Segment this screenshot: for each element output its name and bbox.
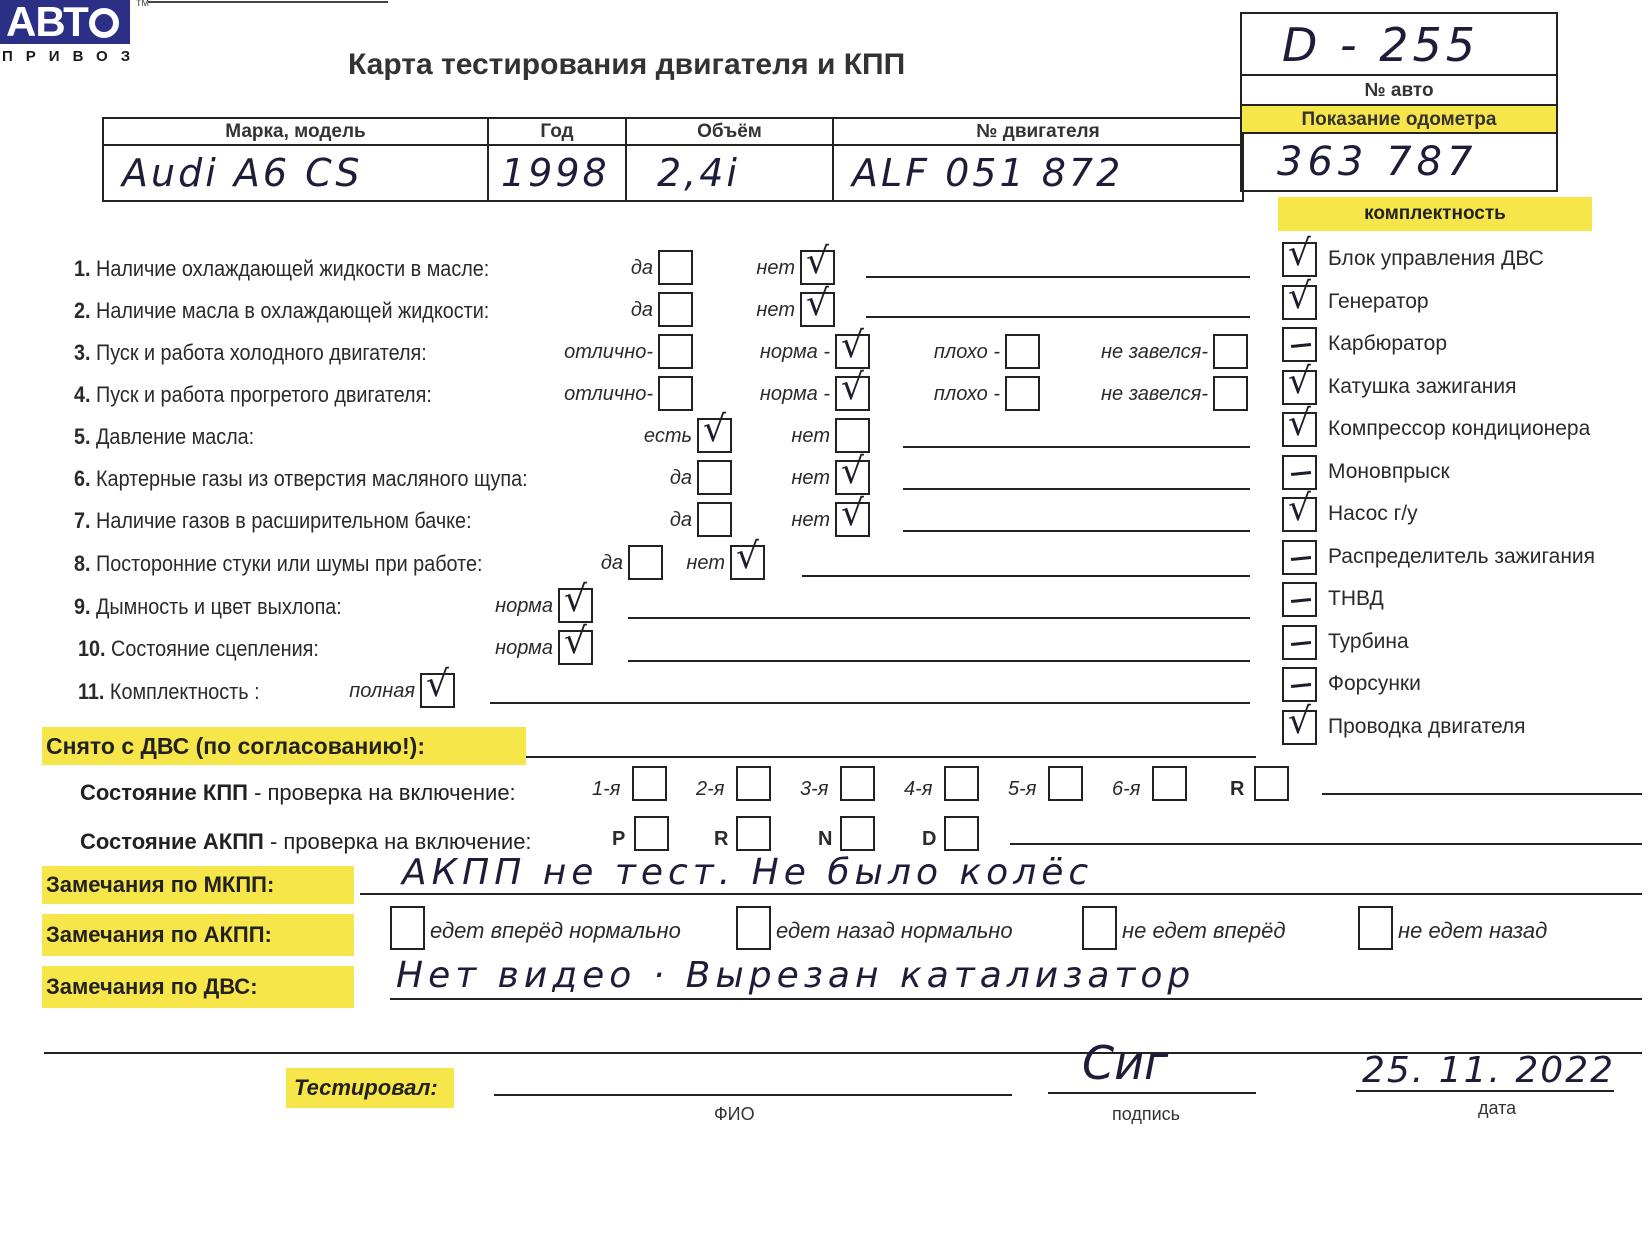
- completeness-item-label: Карбюратор: [1328, 332, 1447, 356]
- question-number: 2.: [74, 298, 96, 323]
- dvs-remarks-value: Нет видео · Вырезан катализатор: [396, 955, 1195, 996]
- notes-line-q2b[interactable]: [866, 316, 1250, 318]
- check-mark-icon: √: [1284, 487, 1315, 531]
- completeness-item-label: Катушка зажигания: [1328, 375, 1516, 399]
- akpp-remark-option-label: не едет вперёд: [1122, 918, 1286, 944]
- logo-subtitle: ПРИВОЗ: [2, 48, 143, 65]
- notes-line-q6[interactable]: [903, 488, 1250, 490]
- question-number: 4.: [74, 382, 96, 407]
- completeness-item-label: Блок управления ДВС: [1328, 247, 1544, 271]
- date-value: 25. 11. 2022: [1362, 1050, 1615, 1091]
- question-5: 5. Давление масла:: [74, 424, 254, 450]
- check-mark-icon: √: [1284, 402, 1315, 446]
- option-label: отлично-: [498, 341, 653, 364]
- question-text: Наличие газов в расширительном бачке:: [96, 508, 472, 533]
- completeness-item-label: Форсунки: [1328, 672, 1421, 696]
- date-field[interactable]: [1356, 1090, 1614, 1092]
- notes-line-q10[interactable]: [628, 660, 1250, 662]
- notes-line-q9[interactable]: [628, 617, 1250, 619]
- checkbox-q6-2[interactable]: √: [835, 460, 870, 495]
- notes-line-q5[interactable]: [903, 446, 1250, 448]
- option-label: да: [498, 257, 653, 280]
- gear-label: R: [1230, 778, 1244, 801]
- manual-gear-checkbox-6[interactable]: [1152, 766, 1187, 801]
- notes-line-q7[interactable]: [903, 530, 1250, 532]
- auto-gear-checkbox-3[interactable]: [840, 816, 875, 851]
- odometer-label: Показание одометра: [1242, 106, 1556, 134]
- logo: АВТ: [0, 0, 130, 44]
- option-label: есть: [537, 425, 692, 448]
- notes-line-q8[interactable]: [802, 575, 1250, 577]
- option-label: не завелся-: [1053, 341, 1208, 364]
- checkbox-q2-2[interactable]: √: [800, 292, 835, 327]
- completeness-item-label: Насос г/у: [1328, 502, 1418, 526]
- volume-header: Объём: [626, 118, 833, 145]
- gear-label: 2-я: [696, 778, 724, 801]
- completeness-checkbox-9[interactable]: [1282, 582, 1317, 617]
- removed-field[interactable]: [526, 756, 1256, 758]
- question-text: Дымность и цвет выхлопа:: [96, 594, 342, 619]
- gear-label: 3-я: [800, 778, 828, 801]
- year-header: Год: [488, 118, 626, 145]
- checkbox-q4-4[interactable]: [1213, 376, 1248, 411]
- option-label: нет: [640, 299, 795, 322]
- completeness-item-label: Проводка двигателя: [1328, 715, 1526, 739]
- manual-gearbox-notes[interactable]: [1322, 793, 1642, 795]
- akpp-remark-checkbox-1[interactable]: [390, 906, 425, 950]
- completeness-checkbox-4[interactable]: √: [1282, 370, 1317, 405]
- completeness-item-label: Распределитель зажигания: [1328, 545, 1595, 569]
- question-11: 11. Комплектность :: [78, 679, 260, 705]
- option-label: нет: [675, 425, 830, 448]
- completeness-checkbox-3[interactable]: [1282, 327, 1317, 362]
- option-label: норма: [398, 637, 553, 660]
- akpp-remark-checkbox-3[interactable]: [1082, 906, 1117, 950]
- manual-gearbox-label: Состояние КПП - проверка на включение:: [80, 780, 516, 806]
- completeness-checkbox-1[interactable]: √: [1282, 242, 1317, 277]
- akpp-remarks-label: Замечания по АКПП:: [42, 914, 354, 956]
- checkbox-q4-3[interactable]: [1005, 376, 1040, 411]
- fio-label: ФИО: [714, 1104, 755, 1125]
- mkpp-remarks-field[interactable]: [360, 893, 1642, 895]
- completeness-checkbox-10[interactable]: [1282, 625, 1317, 660]
- completeness-item-label: Турбина: [1328, 630, 1409, 654]
- top-rule: [148, 1, 388, 3]
- option-label: не завелся-: [1053, 383, 1208, 406]
- tested-by-label: Тестировал:: [286, 1068, 454, 1108]
- notes-line-q1[interactable]: [866, 276, 1250, 278]
- completeness-checkbox-8[interactable]: [1282, 540, 1317, 575]
- removed-label: Снято с ДВС (по согласованию!):: [42, 727, 526, 765]
- completeness-checkbox-11[interactable]: [1282, 667, 1317, 702]
- question-text: Картерные газы из отверстия масляного щу…: [96, 466, 528, 491]
- vehicle-info-table: Марка, модель Год Объём № двигателя Audi…: [102, 117, 1244, 202]
- option-label: нет: [640, 257, 795, 280]
- completeness-checkbox-2[interactable]: √: [1282, 285, 1317, 320]
- manual-gear-checkbox-7[interactable]: [1254, 766, 1289, 801]
- question-number: 9.: [74, 594, 96, 619]
- question-1: 1. Наличие охлаждающей жидкости в масле:: [74, 256, 489, 282]
- checkbox-q8-2[interactable]: √: [730, 545, 765, 580]
- option-label: да: [537, 467, 692, 490]
- check-mark-icon: √: [560, 620, 591, 664]
- auto-number-field[interactable]: D - 255: [1242, 14, 1556, 76]
- checkbox-q5-2[interactable]: [835, 418, 870, 453]
- checkbox-q1-2[interactable]: √: [800, 250, 835, 285]
- auto-gear-checkbox-4[interactable]: [944, 816, 979, 851]
- dash-mark-icon: [1291, 640, 1311, 645]
- auto-gear-checkbox-1[interactable]: [634, 816, 669, 851]
- checkbox-q3-4[interactable]: [1213, 334, 1248, 369]
- check-mark-icon: √: [1284, 232, 1315, 276]
- completeness-item-label: Моновпрыск: [1328, 460, 1450, 484]
- option-label: да: [498, 299, 653, 322]
- odometer-box: Показание одометра 363 787: [1240, 104, 1558, 192]
- question-8: 8. Посторонние стуки или шумы при работе…: [74, 551, 482, 577]
- option-label: нет: [675, 509, 830, 532]
- option-label: нет: [675, 467, 830, 490]
- checkbox-q11-1[interactable]: √: [420, 673, 455, 708]
- manual-gear-checkbox-3[interactable]: [840, 766, 875, 801]
- completeness-item-label: ТНВД: [1328, 587, 1384, 611]
- question-number: 7.: [74, 508, 96, 533]
- completeness-checkbox-7[interactable]: √: [1282, 497, 1317, 532]
- option-label: плохо -: [845, 383, 1000, 406]
- signature-label: подпись: [1112, 1104, 1180, 1125]
- option-label: норма -: [675, 341, 830, 364]
- gear-label: D: [922, 828, 936, 851]
- akpp-remark-checkbox-2[interactable]: [736, 906, 771, 950]
- check-mark-icon: √: [1284, 360, 1315, 404]
- question-number: 10.: [78, 636, 111, 661]
- make-model-field[interactable]: Audi A6 CS: [103, 145, 488, 201]
- question-number: 8.: [74, 551, 96, 576]
- year-field[interactable]: 1998: [488, 145, 626, 201]
- checkbox-q7-2[interactable]: √: [835, 502, 870, 537]
- question-text: Давление масла:: [96, 424, 254, 449]
- question-10: 10. Состояние сцепления:: [78, 636, 319, 662]
- question-9: 9. Дымность и цвет выхлопа:: [74, 594, 342, 620]
- fio-field[interactable]: [494, 1094, 1012, 1096]
- option-label: полная: [260, 680, 415, 703]
- question-text: Состояние сцепления:: [111, 636, 319, 661]
- signature-field[interactable]: [1048, 1092, 1256, 1094]
- manual-gear-checkbox-4[interactable]: [944, 766, 979, 801]
- check-mark-icon: √: [560, 578, 591, 622]
- logo-o-glyph: [89, 8, 119, 38]
- check-mark-icon: √: [1284, 275, 1315, 319]
- checkbox-q10-1[interactable]: √: [558, 630, 593, 665]
- question-text: Пуск и работа холодного двигателя:: [96, 340, 427, 365]
- manual-gear-checkbox-5[interactable]: [1048, 766, 1083, 801]
- question-2: 2. Наличие масла в охлаждающей жидкости:: [74, 298, 489, 324]
- completeness-checkbox-12[interactable]: √: [1282, 710, 1317, 745]
- checkbox-q9-1[interactable]: √: [558, 588, 593, 623]
- option-label: норма: [398, 595, 553, 618]
- dash-mark-icon: [1291, 470, 1311, 475]
- dvs-remarks-label: Замечания по ДВС:: [42, 966, 354, 1008]
- checkbox-q3-3[interactable]: [1005, 334, 1040, 369]
- option-label: да: [537, 509, 692, 532]
- gear-label: 5-я: [1008, 778, 1036, 801]
- question-number: 1.: [74, 256, 96, 281]
- auto-gearbox-notes[interactable]: [1010, 843, 1642, 845]
- check-mark-icon: √: [732, 535, 763, 579]
- check-mark-icon: √: [837, 492, 868, 536]
- check-mark-icon: √: [1284, 700, 1315, 744]
- dash-mark-icon: [1291, 598, 1311, 603]
- mkpp-remarks-label: Замечания по МКПП:: [42, 866, 354, 904]
- auto-number-label: № авто: [1242, 76, 1556, 106]
- completeness-checkbox-5[interactable]: √: [1282, 412, 1317, 447]
- date-label: дата: [1478, 1098, 1516, 1119]
- option-label: нет: [570, 552, 725, 575]
- check-mark-icon: √: [422, 663, 453, 707]
- auto-number-box: D - 255 № авто: [1240, 12, 1558, 108]
- make-model-header: Марка, модель: [103, 118, 488, 145]
- engine-number-field[interactable]: ALF 051 872: [833, 145, 1243, 201]
- akpp-remark-checkbox-4[interactable]: [1358, 906, 1393, 950]
- question-text: Пуск и работа прогретого двигателя:: [96, 382, 432, 407]
- dash-mark-icon: [1291, 683, 1311, 688]
- dash-mark-icon: [1291, 555, 1311, 560]
- notes-line-q11[interactable]: [490, 702, 1250, 704]
- page-title: Карта тестирования двигателя и КПП: [348, 48, 905, 82]
- completeness-checkbox-6[interactable]: [1282, 455, 1317, 490]
- question-number: 3.: [74, 340, 96, 365]
- auto-gear-checkbox-2[interactable]: [736, 816, 771, 851]
- akpp-remark-option-label: едет вперёд нормально: [430, 918, 681, 944]
- question-text: Комплектность :: [110, 679, 260, 704]
- question-4: 4. Пуск и работа прогретого двигателя:: [74, 382, 432, 408]
- option-label: норма -: [675, 383, 830, 406]
- check-mark-icon: √: [837, 450, 868, 494]
- manual-gear-checkbox-2[interactable]: [736, 766, 771, 801]
- question-text: Наличие масла в охлаждающей жидкости:: [96, 298, 489, 323]
- option-label: отлично-: [498, 383, 653, 406]
- logo-text: АВТ: [6, 0, 88, 45]
- completeness-item-label: Генератор: [1328, 290, 1429, 314]
- question-7: 7. Наличие газов в расширительном бачке:: [74, 508, 472, 534]
- question-text: Посторонние стуки или шумы при работе:: [96, 551, 482, 576]
- gear-label: 6-я: [1112, 778, 1140, 801]
- completeness-header: комплектность: [1278, 197, 1592, 231]
- question-number: 11.: [78, 679, 110, 704]
- question-6: 6. Картерные газы из отверстия масляного…: [74, 466, 528, 492]
- check-mark-icon: √: [802, 240, 833, 284]
- question-text: Наличие охлаждающей жидкости в масле:: [96, 256, 489, 281]
- manual-gear-checkbox-1[interactable]: [632, 766, 667, 801]
- gear-label: P: [612, 828, 625, 851]
- gear-label: N: [818, 828, 832, 851]
- engine-number-header: № двигателя: [833, 118, 1243, 145]
- akpp-remark-option-label: едет назад нормально: [776, 918, 1013, 944]
- akpp-remark-option-label: не едет назад: [1398, 918, 1547, 944]
- option-label: плохо -: [845, 341, 1000, 364]
- question-number: 6.: [74, 466, 96, 491]
- volume-field[interactable]: 2,4i: [626, 145, 833, 201]
- odometer-field[interactable]: 363 787: [1242, 134, 1556, 190]
- mkpp-remarks-value: АКПП не тест. Не было колёс: [402, 852, 1093, 893]
- check-mark-icon: √: [802, 282, 833, 326]
- dvs-remarks-field[interactable]: [390, 998, 1642, 1000]
- question-3: 3. Пуск и работа холодного двигателя:: [74, 340, 427, 366]
- question-number: 5.: [74, 424, 96, 449]
- gear-label: R: [714, 828, 728, 851]
- signature-value: Сиг: [1082, 1036, 1168, 1090]
- gear-label: 4-я: [904, 778, 932, 801]
- gear-label: 1-я: [592, 778, 620, 801]
- dash-mark-icon: [1291, 343, 1311, 348]
- completeness-item-label: Компрессор кондиционера: [1328, 417, 1590, 441]
